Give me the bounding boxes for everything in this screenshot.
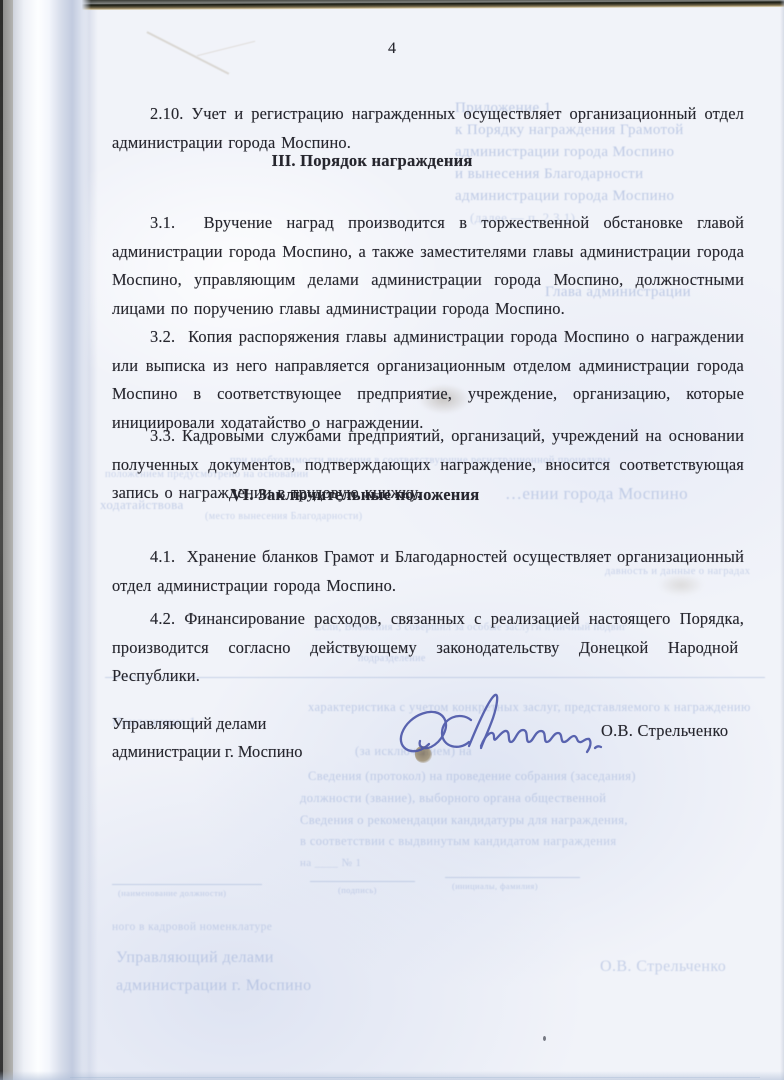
bleedthrough-line: Управляющий делами <box>116 949 274 967</box>
scan-edge-right <box>780 0 784 1080</box>
signer-name: О.В. Стрельченко <box>601 721 728 741</box>
bleedthrough-line: О.В. Стрельченко <box>600 958 726 976</box>
bleedthrough-line: (подпись) <box>338 885 377 895</box>
bleedthrough-line: (место вынесения Благодарности) <box>205 511 362 522</box>
bleedthrough-line: (наименование должности) <box>118 888 226 898</box>
bleedthrough-line: должности (звание), выборного органа общ… <box>300 791 606 806</box>
bleedthrough-line: Сведения о рекомендации кандидатуры для … <box>300 813 628 828</box>
bleedthrough-line: ного в кадровой номенклатуре <box>112 921 272 933</box>
scan-edge-bottom <box>0 1071 784 1080</box>
bleedthrough-signature-rule <box>310 881 415 882</box>
page-number: 4 <box>0 40 784 58</box>
bleedthrough-line: (инициалы, фамилия) <box>452 881 538 891</box>
bleedthrough-line: администрации города Моспино <box>455 188 674 205</box>
scan-edge-top <box>0 0 784 11</box>
paragraph-4-2: 4.2. Финансирование расходов, связанных … <box>112 605 744 690</box>
bleedthrough-signature-rule <box>445 877 580 878</box>
bleedthrough-line: на ____ № 1 <box>300 857 361 869</box>
paragraph-3-1: 3.1. Вручение наград производится в торж… <box>112 209 744 323</box>
signer-position-line1: Управляющий делами <box>112 710 302 738</box>
scanned-document-page: Приложение 1 к Порядку награждения Грамо… <box>0 0 784 1080</box>
handwritten-signature <box>383 684 633 772</box>
dirt-speck <box>543 1036 546 1041</box>
paragraph-4-1: 4.1. Хранение бланков Грамот и Благодарн… <box>112 543 744 600</box>
signer-position: Управляющий делами администрации г. Мосп… <box>112 710 302 766</box>
paragraph-3-2: 3.2. Копия распоряжения главы администра… <box>112 323 744 437</box>
bleedthrough-line: в соответствии с выдвинутым кандидатом н… <box>300 834 616 849</box>
signer-position-line2: администрации г. Моспино <box>112 738 302 766</box>
section-heading-vi: VI. Заключительные положения <box>55 485 655 505</box>
section-heading-iii: III. Порядок награждения <box>72 151 672 171</box>
scan-edge-left-dark <box>0 0 3 1080</box>
scan-edge-bottom-line <box>70 1077 760 1078</box>
scan-edge-left-gray <box>3 0 13 1080</box>
paragraph-2-10: 2.10. Учет и регистрацию награжденных ос… <box>112 100 744 157</box>
bleedthrough-signature-rule <box>112 884 262 885</box>
bleedthrough-line: администрации г. Моспино <box>116 977 312 995</box>
